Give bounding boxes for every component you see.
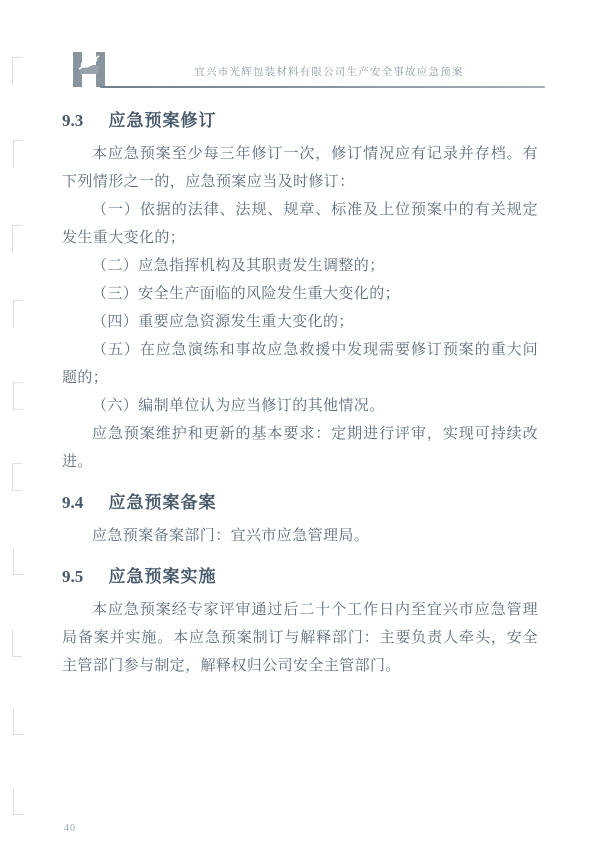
binding-mark [12,630,22,657]
paragraph: （四）重要应急资源发生重大变化的； [62,308,538,336]
section-title: 应急预案备案 [109,493,217,512]
section-heading: 9.5 应急预案实施 [62,562,538,587]
binding-mark [13,140,23,167]
section-heading: 9.4 应急预案备案 [62,488,538,513]
document-page: 宜兴市光辉包装材料有限公司生产安全事故应急预案 9.3 应急预案修订 本应急预案… [0,0,598,846]
binding-mark [13,788,23,815]
header-document-title: 宜兴市光辉包装材料有限公司生产安全事故应急预案 [120,64,538,79]
page-number: 40 [64,823,76,834]
page-header: 宜兴市光辉包装材料有限公司生产安全事故应急预案 [0,0,598,92]
binding-mark [13,548,23,575]
binding-mark [13,300,23,327]
section-number: 9.4 [62,493,83,512]
company-logo-icon [73,52,105,87]
section: 9.3 应急预案修订 本应急预案至少每三年修订一次，修订情况应有记录并存档。有下… [62,106,538,476]
section-title: 应急预案实施 [109,567,217,586]
paragraph: （五）在应急演练和事故应急救援中发现需要修订预案的重大问题的； [62,336,538,392]
section-number: 9.3 [62,111,83,130]
section-number: 9.5 [62,567,83,586]
paragraph: 应急预案维护和更新的基本要求：定期进行评审，实现可持续改进。 [62,420,538,476]
paragraph: （三）安全生产面临的风险发生重大变化的； [62,280,538,308]
paragraph: （一）依据的法律、法规、规章、标准及上位预案中的有关规定发生重大变化的； [62,196,538,252]
section-heading: 9.3 应急预案修订 [62,106,538,131]
section: 9.4 应急预案备案 应急预案备案部门：宜兴市应急管理局。 [62,488,538,550]
paragraph: 本应急预案至少每三年修订一次，修订情况应有记录并存档。有下列情形之一的，应急预案… [62,140,538,196]
binding-mark [12,463,22,491]
document-body: 9.3 应急预案修订 本应急预案至少每三年修订一次，修订情况应有记录并存档。有下… [62,94,538,680]
binding-mark [12,225,22,252]
paragraph: （六）编制单位认为应当修订的其他情况。 [62,392,538,420]
paragraph: 应急预案备案部门：宜兴市应急管理局。 [62,522,538,550]
binding-mark [13,382,23,410]
section: 9.5 应急预案实施 本应急预案经专家评审通过后二十个工作日内至宜兴市应急管理局… [62,562,538,680]
paragraph: （二）应急指挥机构及其职责发生调整的； [62,252,538,280]
section-title: 应急预案修订 [109,111,217,130]
binding-mark [13,708,23,735]
paragraph: 本应急预案经专家评审通过后二十个工作日内至宜兴市应急管理局备案并实施。本应急预案… [62,596,538,680]
header-divider [100,86,545,88]
